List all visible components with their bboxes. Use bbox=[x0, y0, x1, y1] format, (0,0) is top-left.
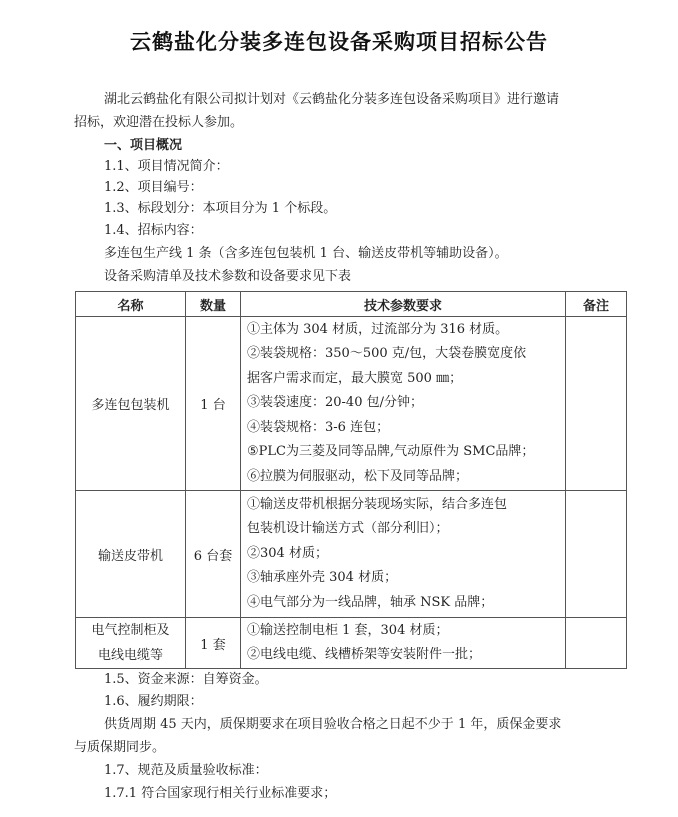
row-requirements: ①输送控制电柜 1 套，304 材质； ②电线电缆、线槽桥架等安装附件一批； bbox=[241, 618, 566, 669]
row-qty: 6 台套 bbox=[186, 491, 241, 618]
item-1-5: 1.5、资金来源：自筹资金。 bbox=[104, 670, 268, 689]
requirement-line: ③轴承座外壳 304 材质； bbox=[247, 566, 565, 591]
requirement-line: ①主体为 304 材质，过流部分为 316 材质。 bbox=[247, 318, 565, 343]
tender-content: 多连包生产线 1 条（含多连包包装机 1 台、输送皮带机等辅助设备）。 bbox=[104, 244, 508, 263]
requirement-line: ④装袋规格：3-6 连包； bbox=[247, 416, 565, 441]
item-1-7: 1.7、规范及质量验收标准： bbox=[104, 761, 268, 780]
row-note bbox=[566, 317, 627, 491]
row-name-line: 电线电缆等 bbox=[76, 643, 185, 668]
requirement-line: 据客户需求而定，最大膜宽 500 ㎜； bbox=[247, 367, 565, 392]
period-line-2: 与质保期同步。 bbox=[74, 738, 165, 757]
item-1-6: 1.6、履约期限： bbox=[104, 692, 203, 711]
row-name: 输送皮带机 bbox=[76, 491, 186, 618]
header-qty: 数量 bbox=[186, 292, 241, 317]
intro-line-2: 招标，欢迎潜在投标人参加。 bbox=[74, 113, 243, 132]
table-header-row: 名称 数量 技术参数要求 备注 bbox=[76, 292, 627, 317]
table-caption: 设备采购清单及技术参数和设备要求见下表 bbox=[104, 267, 351, 286]
requirement-line: ⑤PLC为三菱及同等品牌,气动原件为 SMC品牌； bbox=[247, 440, 565, 465]
table-row: 多连包包装机 1 台 ①主体为 304 材质，过流部分为 316 材质。 ②装袋… bbox=[76, 317, 627, 491]
requirement-line: ②电线电缆、线槽桥架等安装附件一批； bbox=[247, 643, 565, 668]
requirement-line: ①输送控制电柜 1 套，304 材质； bbox=[247, 619, 565, 644]
period-line-1: 供货周期 45 天内，质保期要求在项目验收合格之日起不少于 1 年，质保金要求 bbox=[104, 715, 561, 734]
item-1-2: 1.2、项目编号： bbox=[104, 178, 203, 197]
item-1-1: 1.1、项目情况简介： bbox=[104, 157, 229, 176]
item-1-3: 1.3、标段划分：本项目分为 1 个标段。 bbox=[104, 199, 336, 218]
table-row: 电气控制柜及 电线电缆等 1 套 ①输送控制电柜 1 套，304 材质； ②电线… bbox=[76, 618, 627, 669]
row-note bbox=[566, 618, 627, 669]
requirement-line: ③装袋速度：20-40 包/分钟； bbox=[247, 391, 565, 416]
row-qty: 1 套 bbox=[186, 618, 241, 669]
intro-line-1: 湖北云鹤盐化有限公司拟计划对《云鹤盐化分装多连包设备采购项目》进行邀请 bbox=[104, 90, 559, 109]
requirement-line: ①输送皮带机根据分装现场实际，结合多连包 bbox=[247, 493, 565, 518]
row-requirements: ①输送皮带机根据分装现场实际，结合多连包 包装机设计输送方式（部分利旧）； ②3… bbox=[241, 491, 566, 618]
header-name: 名称 bbox=[76, 292, 186, 317]
row-qty: 1 台 bbox=[186, 317, 241, 491]
requirement-line: ④电气部分为一线品牌，轴承 NSK 品牌； bbox=[247, 591, 565, 616]
requirement-line: ②304 材质； bbox=[247, 542, 565, 567]
header-note: 备注 bbox=[566, 292, 627, 317]
requirement-line: ⑥拉膜为伺服驱动，松下及同等品牌； bbox=[247, 465, 565, 490]
table-row: 输送皮带机 6 台套 ①输送皮带机根据分装现场实际，结合多连包 包装机设计输送方… bbox=[76, 491, 627, 618]
item-1-4: 1.4、招标内容： bbox=[104, 221, 203, 240]
requirement-line: 包装机设计输送方式（部分利旧）； bbox=[247, 517, 565, 542]
requirement-line: ②装袋规格：350～500 克/包，大袋卷膜宽度依 bbox=[247, 342, 565, 367]
item-1-7-1: 1.7.1 符合国家现行相关行业标准要求； bbox=[104, 784, 336, 803]
section-heading: 一、项目概况 bbox=[104, 136, 182, 155]
document-title: 云鹤盐化分装多连包设备采购项目招标公告 bbox=[0, 26, 678, 56]
equipment-table: 名称 数量 技术参数要求 备注 多连包包装机 1 台 ①主体为 304 材质，过… bbox=[75, 291, 627, 669]
row-name-line: 电气控制柜及 bbox=[76, 618, 185, 643]
row-name: 多连包包装机 bbox=[76, 317, 186, 491]
header-requirements: 技术参数要求 bbox=[241, 292, 566, 317]
row-name: 电气控制柜及 电线电缆等 bbox=[76, 618, 186, 669]
row-requirements: ①主体为 304 材质，过流部分为 316 材质。 ②装袋规格：350～500 … bbox=[241, 317, 566, 491]
row-note bbox=[566, 491, 627, 618]
